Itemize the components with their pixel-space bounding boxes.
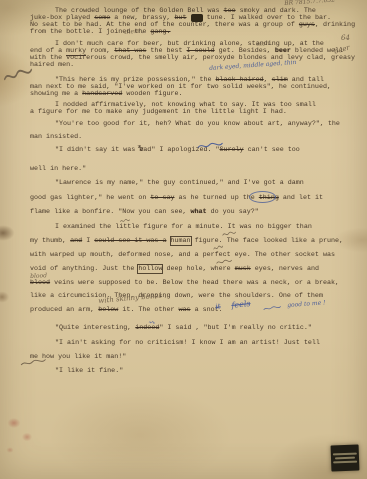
blue-strike-blob xyxy=(263,305,281,312)
typed-line: blood veins were supposed to be. Below t… xyxy=(30,280,339,287)
typed-text: , drinking xyxy=(315,21,355,29)
typed-line: with the vociferous crowd, the smelly ai… xyxy=(30,55,355,62)
blue-circle-mark xyxy=(249,191,276,203)
typed-text: "I ain't asking for no criticism! I know… xyxy=(55,339,320,347)
library-stamp xyxy=(331,445,360,472)
typed-line: flame like a bonfire. "Now you can see, … xyxy=(30,209,259,216)
typed-line: "Lawrence is my name," the guy continued… xyxy=(55,180,304,187)
struck-text: to say xyxy=(150,194,174,202)
struck-text: handcarved xyxy=(82,90,122,98)
typed-text: " I said , "but I'm really no critic." xyxy=(159,324,312,332)
struck-text: and xyxy=(70,237,82,245)
struck-text: indeed xyxy=(135,324,159,332)
typed-text: good gas lighter," he went on xyxy=(30,194,150,202)
struck-text: was xyxy=(179,306,191,314)
typed-text: my thumb, xyxy=(30,237,70,245)
boxed-text: hollow xyxy=(138,265,162,273)
typed-line: well in here." xyxy=(30,166,86,173)
page-number: 64 xyxy=(341,34,350,42)
typed-text: can't see too xyxy=(244,146,300,154)
typed-line: haired men. xyxy=(30,62,74,69)
typed-text: produced an arm, xyxy=(30,306,98,314)
faint-scrawl-bottom xyxy=(20,357,47,368)
manuscript-page: The crowded lounge of the Golden Bell wa… xyxy=(0,0,367,479)
typed-text: wooden figure. xyxy=(122,90,182,98)
typed-line: like a circumcision. Then, dropping down… xyxy=(30,293,323,300)
typed-line: "Quite interesting, indeed" I said , "bu… xyxy=(55,325,312,332)
interline-scrawl-2 xyxy=(213,244,224,252)
boxed-text: human xyxy=(171,237,191,245)
typed-text: what xyxy=(191,208,207,216)
typed-text: with warped up mouth, deformed nose, and… xyxy=(30,251,335,259)
caret-mark xyxy=(120,218,130,224)
blue-correction-scrawl xyxy=(197,141,223,151)
typed-text: and let it xyxy=(279,194,323,202)
edit-men: men xyxy=(256,40,270,48)
blue-edit-it: it xyxy=(215,302,221,311)
typed-line: "I like it fine." xyxy=(55,368,123,375)
typed-text: eyes, nerves and xyxy=(251,265,319,273)
typed-text: "You're too good for it, heh? What do yo… xyxy=(55,120,340,128)
typed-line: I examined the little figure for a minut… xyxy=(55,224,312,231)
typed-text: do you say?" xyxy=(207,208,259,216)
typed-line: "I ain't asking for no criticism! I know… xyxy=(55,340,320,347)
typed-text: I xyxy=(82,237,94,245)
stamp-text-line xyxy=(333,461,357,464)
typed-line: man insisted. xyxy=(30,134,82,141)
typed-text: man insisted. xyxy=(30,133,82,141)
catalog-number: BR 7815.7.7.032 xyxy=(284,0,335,7)
typed-text: I examined the little figure for a minut… xyxy=(55,223,312,231)
typed-text: a figure for me to make any judgement in… xyxy=(30,108,287,116)
typed-text xyxy=(166,237,170,245)
typed-text: like a circumcision. Then, dropping down… xyxy=(30,292,323,300)
typed-text: "Lawrence is my name," the guy continued… xyxy=(55,179,304,187)
typed-text: with the vociferous crowd, the smelly ai… xyxy=(30,54,355,62)
struck-text: guys xyxy=(299,21,315,29)
struck-text: blood xyxy=(30,279,50,287)
typed-line: showing me a handcarved wooden figure. xyxy=(30,91,183,98)
struck-text: musk xyxy=(235,265,251,273)
typed-line: "I didn't say it was bad" I apologized. … xyxy=(55,147,300,154)
typed-text: well in here." xyxy=(30,165,86,173)
typed-text: "Quite interesting, xyxy=(55,324,135,332)
typed-text: it. The other xyxy=(118,306,178,314)
typed-line: good gas lighter," he went on to say as … xyxy=(30,195,323,202)
struck-text: could see it was a xyxy=(94,237,166,245)
edit-blood: blood xyxy=(30,272,47,280)
typed-line: my thumb, and I could see it was a human… xyxy=(30,238,343,245)
typed-line: with warped up mouth, deformed nose, and… xyxy=(30,252,335,259)
stamp-text-line xyxy=(333,453,357,456)
typed-line: void of anything. Just the hollow deep h… xyxy=(30,266,319,273)
typed-line: "You're too good for it, heh? What do yo… xyxy=(55,121,340,128)
typed-text: haired men. xyxy=(30,61,74,69)
struck-text: gang. xyxy=(150,28,170,36)
interline-scrawl-1 xyxy=(222,230,236,238)
typed-text: figure. The face looked like a prune, xyxy=(191,237,344,245)
typed-text: deep hole, where xyxy=(162,265,234,273)
typed-text: veins were supposed to be. Below the hea… xyxy=(50,279,339,287)
typed-line: from the bottle. I joined the gang. xyxy=(30,29,170,36)
blue-edit-feels: feels xyxy=(231,299,251,310)
stamp-text-line xyxy=(335,457,354,460)
typed-text: flame like a bonfire. "Now you can see, xyxy=(30,208,191,216)
interline-scrawl-3 xyxy=(216,258,232,266)
struck-text: below xyxy=(98,306,118,314)
typed-text: as he turned up the xyxy=(175,194,259,202)
typed-line: a figure for me to make any judgement in… xyxy=(30,109,287,116)
typed-line: produced an arm, below it. The other was… xyxy=(30,307,223,314)
typed-text: "I like it fine." xyxy=(55,367,123,375)
blue-edit-good-to-me: good to me ! xyxy=(287,299,326,309)
typed-text: showing me a xyxy=(30,90,82,98)
